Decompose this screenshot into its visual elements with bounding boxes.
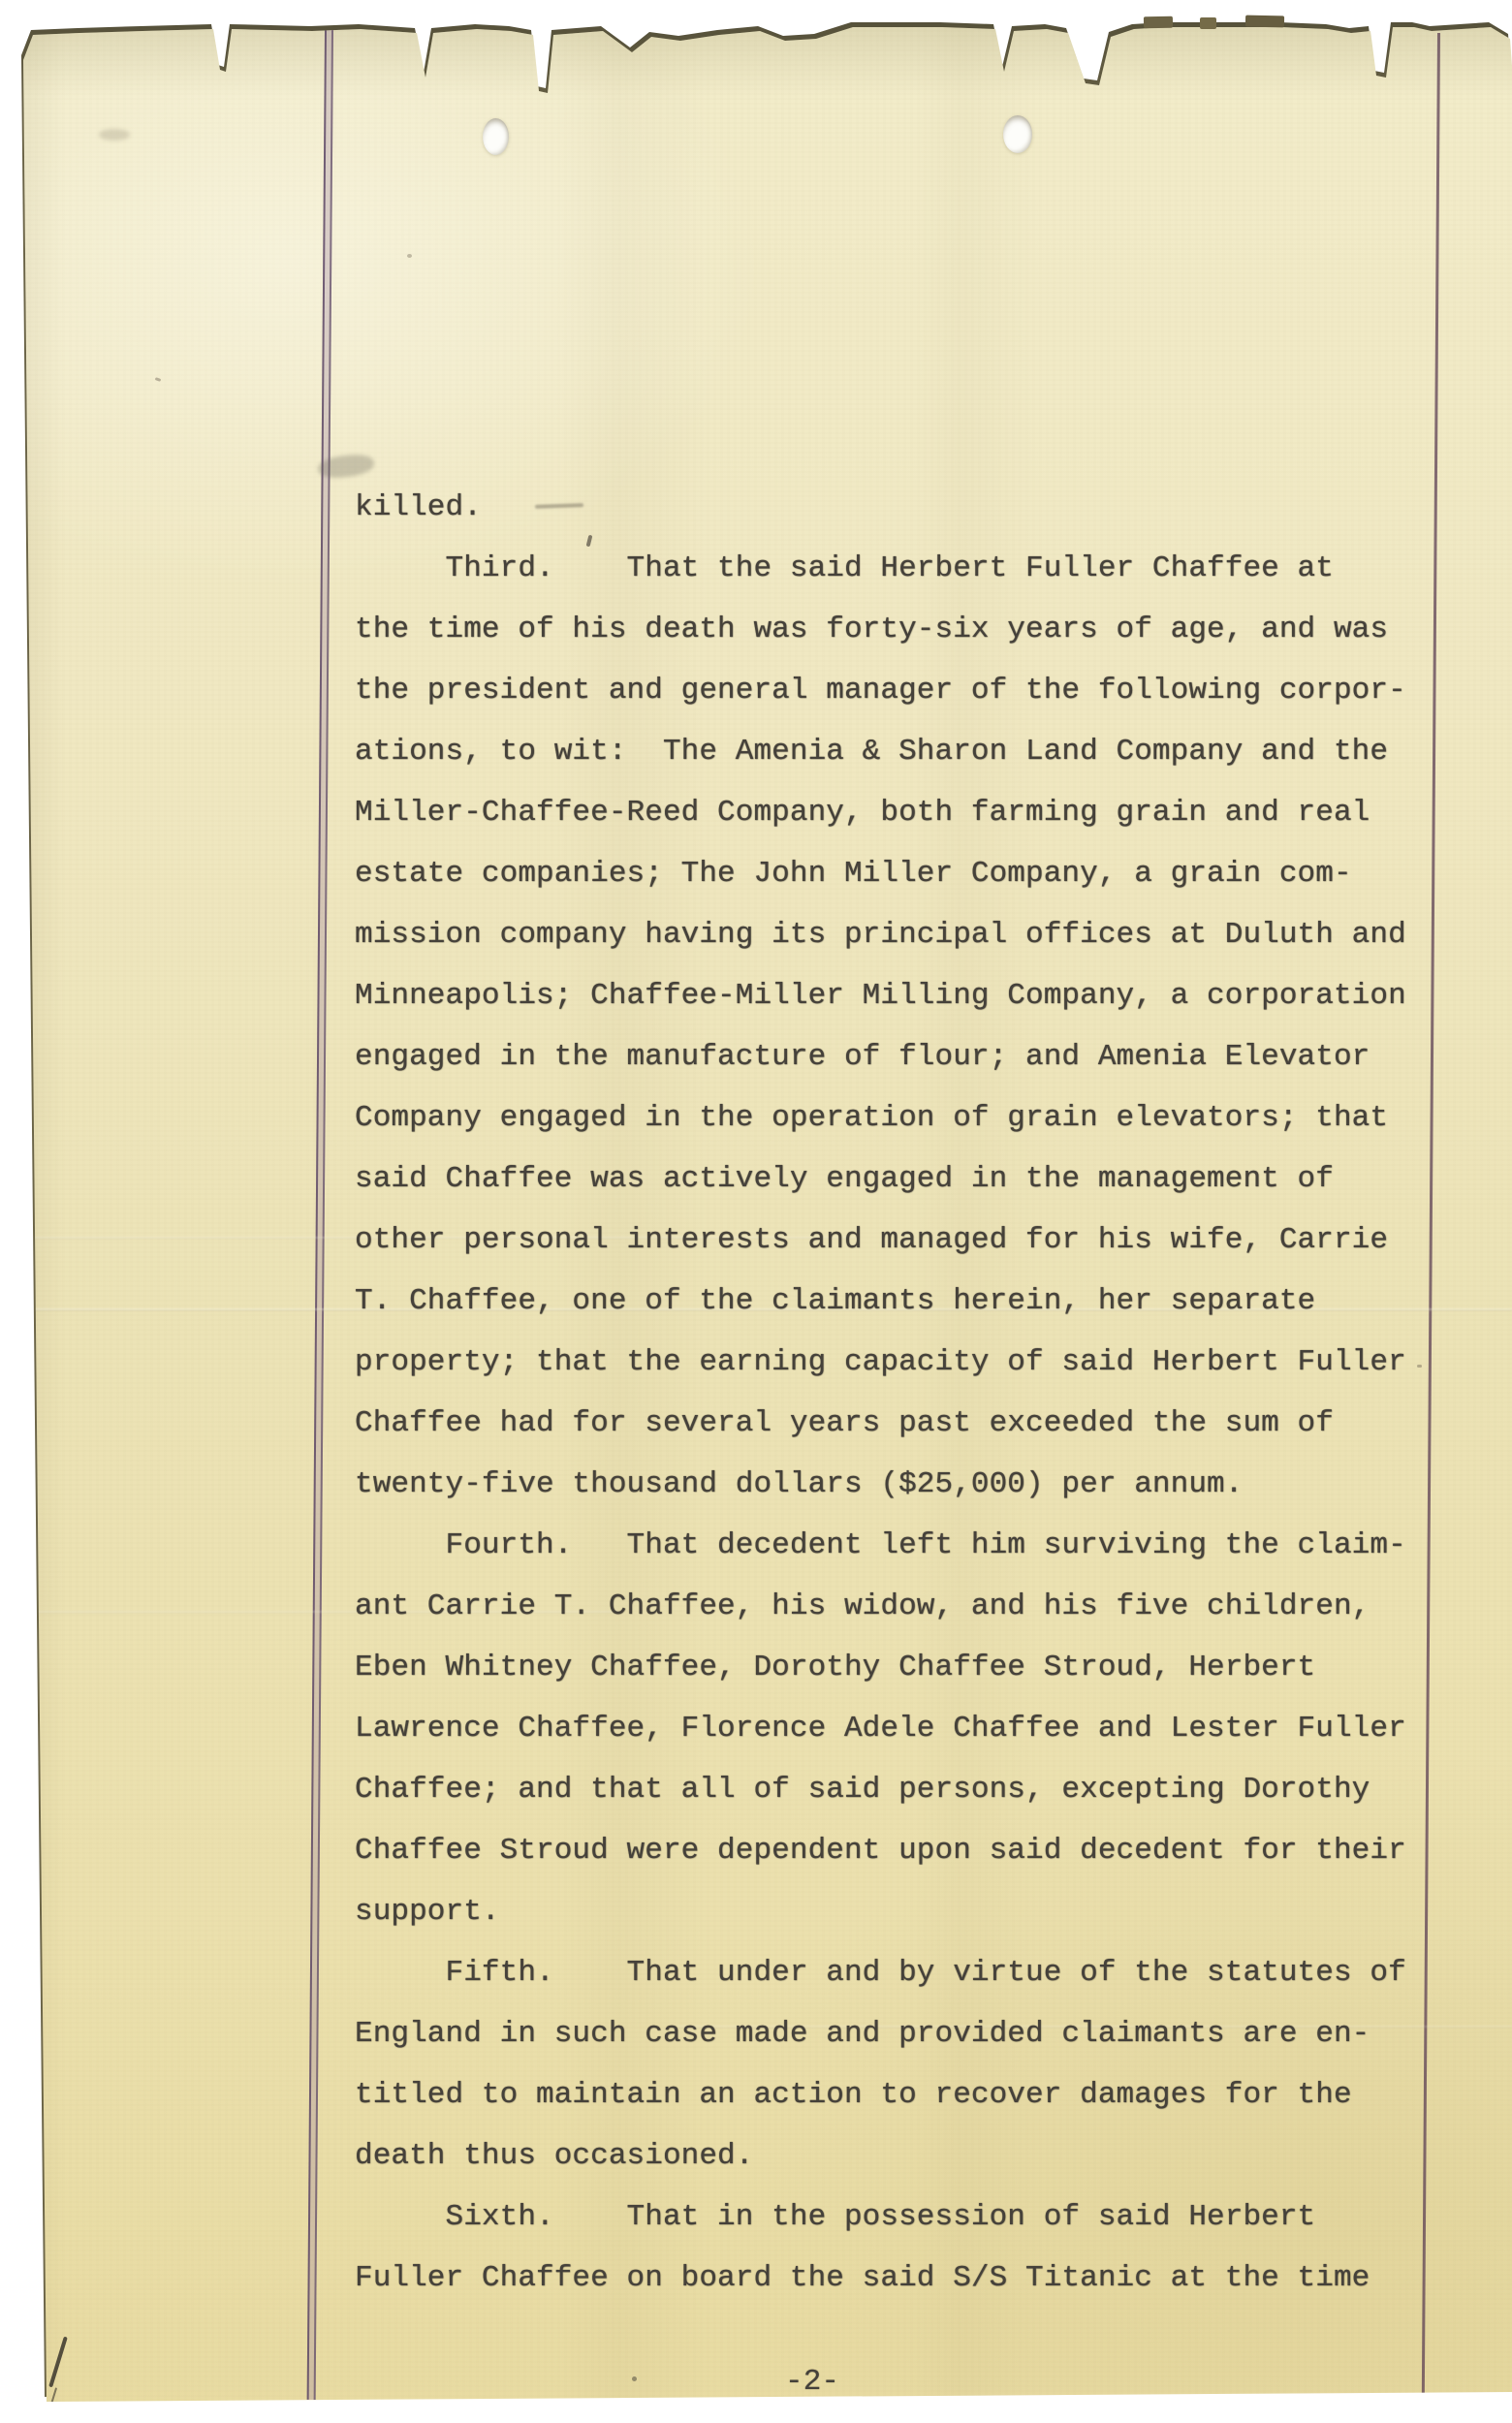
punch-hole-left xyxy=(483,118,509,155)
document-line: death thus occasioned. xyxy=(355,2125,1479,2187)
paper-sheet: killed. Third. That the said Herbert Ful… xyxy=(21,27,1512,2402)
paper-smudge xyxy=(99,129,130,141)
document-line: killed. xyxy=(355,477,1479,538)
document-line: the time of his death was forty-six year… xyxy=(355,599,1479,660)
document-line: Eben Whitney Chaffee, Dorothy Chaffee St… xyxy=(355,1637,1479,1698)
document-line: mission company having its principal off… xyxy=(355,904,1479,965)
pen-squiggle-mark xyxy=(48,2337,68,2388)
document-line: Company engaged in the operation of grai… xyxy=(355,1087,1479,1149)
document-line: Sixth. That in the possession of said He… xyxy=(355,2187,1479,2248)
scanned-document-page: killed. Third. That the said Herbert Ful… xyxy=(21,27,1512,2402)
document-line: England in such case made and provided c… xyxy=(355,2003,1479,2064)
typewritten-text: killed. Third. That the said Herbert Ful… xyxy=(355,477,1479,2309)
document-line: Lawrence Chaffee, Florence Adele Chaffee… xyxy=(355,1698,1479,1759)
punch-hole-right xyxy=(1003,115,1032,153)
stray-ink-dot xyxy=(632,2376,637,2381)
page-number: -2- xyxy=(785,2351,839,2412)
document-line: Fifth. That under and by virtue of the s… xyxy=(355,1942,1479,2003)
document-line: Minneapolis; Chaffee-Miller Milling Comp… xyxy=(355,965,1479,1026)
document-line: the president and general manager of the… xyxy=(355,660,1479,721)
torn-paper-tab xyxy=(1200,17,1216,29)
torn-paper-tab xyxy=(1144,16,1173,29)
left-margin-rule xyxy=(307,29,333,2400)
document-line: Chaffee Stroud were dependent upon said … xyxy=(355,1820,1479,1881)
document-line: engaged in the manufacture of flour; and… xyxy=(355,1026,1479,1087)
document-line: Chaffee; and that all of said persons, e… xyxy=(355,1759,1479,1820)
document-line: ant Carrie T. Chaffee, his widow, and hi… xyxy=(355,1576,1479,1637)
document-line: said Chaffee was actively engaged in the… xyxy=(355,1149,1479,1210)
document-line: twenty-five thousand dollars ($25,000) p… xyxy=(355,1454,1479,1515)
document-line: Fourth. That decedent left him surviving… xyxy=(355,1515,1479,1576)
document-line: Third. That the said Herbert Fuller Chaf… xyxy=(355,538,1479,599)
document-line: estate companies; The John Miller Compan… xyxy=(355,843,1479,904)
document-line: Fuller Chaffee on board the said S/S Tit… xyxy=(355,2248,1479,2309)
document-line: T. Chaffee, one of the claimants herein,… xyxy=(355,1271,1479,1332)
paper-speck xyxy=(155,377,162,382)
document-line: ations, to wit: The Amenia & Sharon Land… xyxy=(355,721,1479,782)
document-line: Miller-Chaffee-Reed Company, both farmin… xyxy=(355,782,1479,843)
document-line: property; that the earning capacity of s… xyxy=(355,1332,1479,1393)
document-line: support. xyxy=(355,1881,1479,1942)
document-line: titled to maintain an action to recover … xyxy=(355,2064,1479,2125)
document-line: Chaffee had for several years past excee… xyxy=(355,1393,1479,1454)
torn-paper-tab xyxy=(1245,16,1284,28)
document-line: other personal interests and managed for… xyxy=(355,1210,1479,1271)
paper-speck xyxy=(407,254,412,258)
